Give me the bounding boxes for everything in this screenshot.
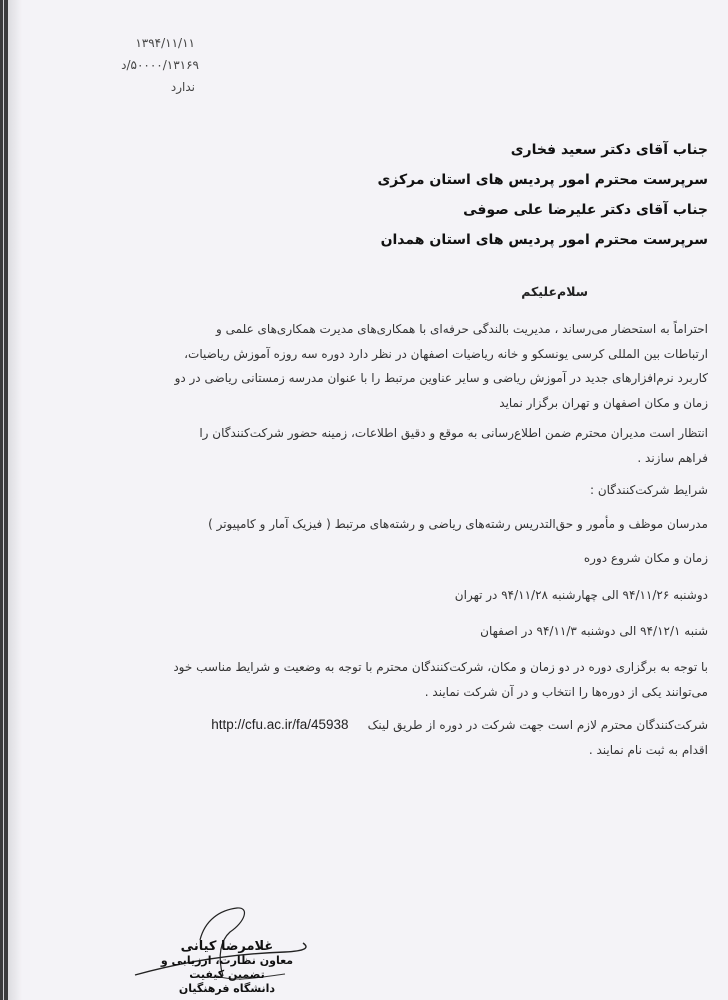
signatory-name: غلامرضا کیانی (147, 940, 307, 954)
text-line: فراهم سازند . (108, 446, 708, 471)
registration-link[interactable]: http://cfu.ac.ir/fa/45938 (211, 717, 348, 732)
text-line: با توجه به برگزاری دوره در دو زمان و مکا… (108, 655, 708, 680)
schedule-isfahan: شنبه ۹۴/۱۲/۱ الی دوشنبه ۹۴/۱۱/۳ در اصفها… (108, 619, 708, 644)
scanner-edge (0, 0, 8, 1000)
signature-block: غلامرضا کیانی معاون نظارت، ارزیابی و تضم… (125, 898, 320, 998)
paragraph-intro: احتراماً به استحضار می‌رساند ، مدیریت با… (108, 317, 708, 415)
signatory-organization: دانشگاه فرهنگیان (147, 982, 307, 996)
recipient-line: سرپرست محترم امور پردیس های استان مرکزی (377, 165, 708, 195)
recipient-line: جناب آقای دکتر سعید فخاری (377, 135, 708, 165)
registration-text: شرکت‌کنندگان محترم لازم است جهت شرکت در … (368, 718, 708, 732)
text-line: احتراماً به استحضار می‌رساند ، مدیریت با… (108, 317, 708, 342)
schedule-tehran: دوشنبه ۹۴/۱۱/۲۶ الی چهارشنبه ۹۴/۱۱/۲۸ در… (108, 583, 708, 608)
text-line: ارتباطات بین المللی کرسی یونسکو و خانه ر… (108, 342, 708, 367)
letter-date: ۱۳۹۴/۱۱/۱۱ (95, 32, 195, 54)
signatory-title: معاون نظارت، ارزیابی و تضمین کیفیت (147, 954, 307, 982)
scanned-letter: ۱۳۹۴/۱۱/۱۱ ۵۰۰۰۰/۱۳۱۶۹/د ندارد جناب آقای… (0, 0, 728, 1000)
scanner-shadow (8, 0, 22, 1000)
schedule-heading: زمان و مکان شروع دوره (108, 546, 708, 571)
greeting: سلام‌علیکم (521, 284, 588, 299)
text-line: شرکت‌کنندگان محترم لازم است جهت شرکت در … (108, 713, 708, 738)
recipient-line: جناب آقای دکتر علیرضا علی صوفی (377, 195, 708, 225)
letter-reference-number: ۵۰۰۰۰/۱۳۱۶۹/د (95, 54, 199, 76)
paragraph-choice: با توجه به برگزاری دوره در دو زمان و مکا… (108, 655, 708, 704)
paragraph-request: انتظار است مدیران محترم ضمن اطلاع‌رسانی … (108, 421, 708, 470)
text-line: می‌توانند یکی از دوره‌ها را انتخاب و در … (108, 680, 708, 705)
letter-attachment: ندارد (95, 76, 195, 98)
text-line: زمان و مکان اصفهان و تهران برگزار نماید (108, 391, 708, 416)
conditions-text: مدرسان موظف و مأمور و حق‌التدریس رشته‌ها… (108, 512, 708, 537)
text-line: انتظار است مدیران محترم ضمن اطلاع‌رسانی … (108, 421, 708, 446)
letter-meta: ۱۳۹۴/۱۱/۱۱ ۵۰۰۰۰/۱۳۱۶۹/د ندارد (95, 32, 195, 98)
signature-text: غلامرضا کیانی معاون نظارت، ارزیابی و تضم… (147, 940, 307, 996)
recipient-line: سرپرست محترم امور پردیس های استان همدان (377, 225, 708, 255)
text-line: اقدام به ثبت نام نمایند . (108, 738, 708, 763)
conditions-heading: شرایط شرکت‌کنندگان : (108, 478, 708, 503)
recipients-block: جناب آقای دکتر سعید فخاری سرپرست محترم ا… (377, 135, 708, 255)
text-line: کاربرد نرم‌افزارهای جدید در آموزش ریاضی … (108, 366, 708, 391)
paragraph-registration: شرکت‌کنندگان محترم لازم است جهت شرکت در … (108, 713, 708, 762)
